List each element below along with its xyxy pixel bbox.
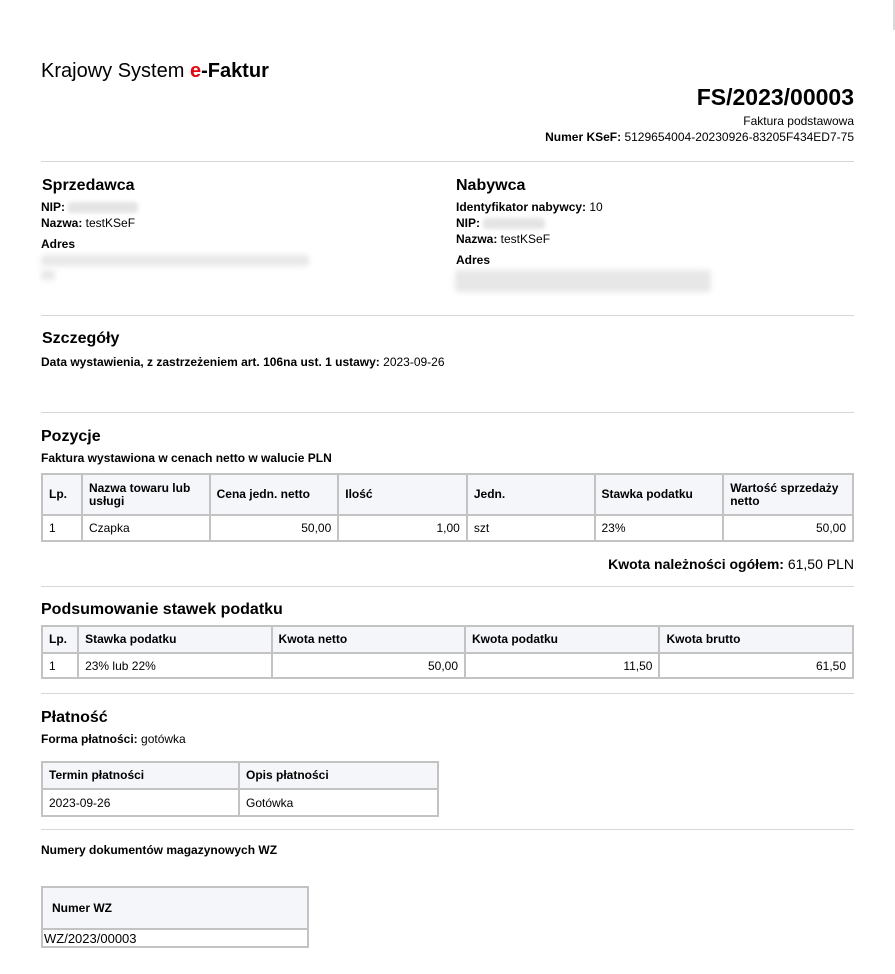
col-unit-price: Cena jedn. netto bbox=[210, 474, 339, 515]
seller-address-label: Adres bbox=[41, 237, 75, 252]
issue-date: Data wystawienia, z zastrzeżeniem art. 1… bbox=[41, 355, 445, 370]
wz-table: Numer WZ WZ/2023/00003 bbox=[41, 886, 309, 948]
tax-summary-table: Lp. Stawka podatku Kwota netto Kwota pod… bbox=[41, 625, 854, 679]
seller-nip: NIP: bbox=[41, 200, 138, 215]
wz-header-row: Numer WZ bbox=[42, 887, 308, 929]
divider bbox=[41, 315, 854, 316]
tax-header-row: Lp. Stawka podatku Kwota netto Kwota pod… bbox=[42, 626, 853, 653]
items-title: Pozycje bbox=[41, 427, 101, 447]
divider bbox=[41, 412, 854, 413]
buyer-nip: NIP: bbox=[456, 216, 545, 231]
brand-title: Krajowy System e-Faktur bbox=[41, 59, 269, 83]
divider bbox=[41, 586, 854, 587]
table-row: 1 23% lub 22% 50,00 11,50 61,50 bbox=[42, 653, 853, 678]
table-row: 1 Czapka 50,00 1,00 szt 23% 50,00 bbox=[42, 515, 853, 541]
wz-title: Numery dokumentów magazynowych WZ bbox=[41, 843, 277, 858]
table-row: WZ/2023/00003 bbox=[42, 929, 308, 947]
payment-header-row: Termin płatności Opis płatności bbox=[42, 762, 438, 789]
payment-title: Płatność bbox=[41, 708, 108, 728]
col-lp: Lp. bbox=[42, 474, 82, 515]
divider bbox=[41, 161, 854, 162]
items-table: Lp. Nazwa towaru lub usługi Cena jedn. n… bbox=[41, 473, 854, 542]
col-net-value: Wartość sprzedaży netto bbox=[723, 474, 853, 515]
buyer-title: Nabywca bbox=[456, 176, 525, 196]
items-subtitle: Faktura wystawiona w cenach netto w walu… bbox=[41, 451, 332, 466]
buyer-nip-redacted bbox=[483, 218, 545, 229]
col-quantity: Ilość bbox=[338, 474, 467, 515]
col-name: Nazwa towaru lub usługi bbox=[82, 474, 210, 515]
divider bbox=[41, 829, 854, 830]
payment-table: Termin płatności Opis płatności 2023-09-… bbox=[41, 761, 439, 817]
divider bbox=[41, 693, 854, 694]
buyer-id: Identyfikator nabywcy: 10 bbox=[456, 200, 603, 215]
invoice-header: FS/2023/00003 Faktura podstawowa Numer K… bbox=[545, 84, 854, 144]
buyer-address-label: Adres bbox=[456, 253, 490, 268]
seller-address-redacted bbox=[41, 255, 309, 266]
buyer-address-redacted bbox=[455, 270, 711, 292]
seller-address-redacted-2 bbox=[41, 270, 55, 280]
col-unit: Jedn. bbox=[467, 474, 595, 515]
details-title: Szczegóły bbox=[42, 329, 119, 349]
brand-e-accent: e bbox=[190, 60, 201, 82]
table-row: 2023-09-26 Gotówka bbox=[42, 789, 438, 816]
total-due: Kwota należności ogółem: 61,50 PLN bbox=[608, 556, 854, 572]
seller-title: Sprzedawca bbox=[42, 176, 134, 196]
tax-summary-title: Podsumowanie stawek podatku bbox=[41, 600, 283, 620]
ksef-number: Numer KSeF: 5129654004-20230926-83205F43… bbox=[545, 130, 854, 144]
items-header-row: Lp. Nazwa towaru lub usługi Cena jedn. n… bbox=[42, 474, 853, 515]
seller-nip-redacted bbox=[68, 202, 138, 213]
invoice-number: FS/2023/00003 bbox=[545, 84, 854, 110]
buyer-name: Nazwa: testKSeF bbox=[456, 232, 550, 247]
col-tax-rate: Stawka podatku bbox=[595, 474, 724, 515]
payment-form: Forma płatności: gotówka bbox=[41, 732, 186, 747]
invoice-type: Faktura podstawowa bbox=[545, 114, 854, 128]
seller-name: Nazwa: testKSeF bbox=[41, 216, 135, 231]
